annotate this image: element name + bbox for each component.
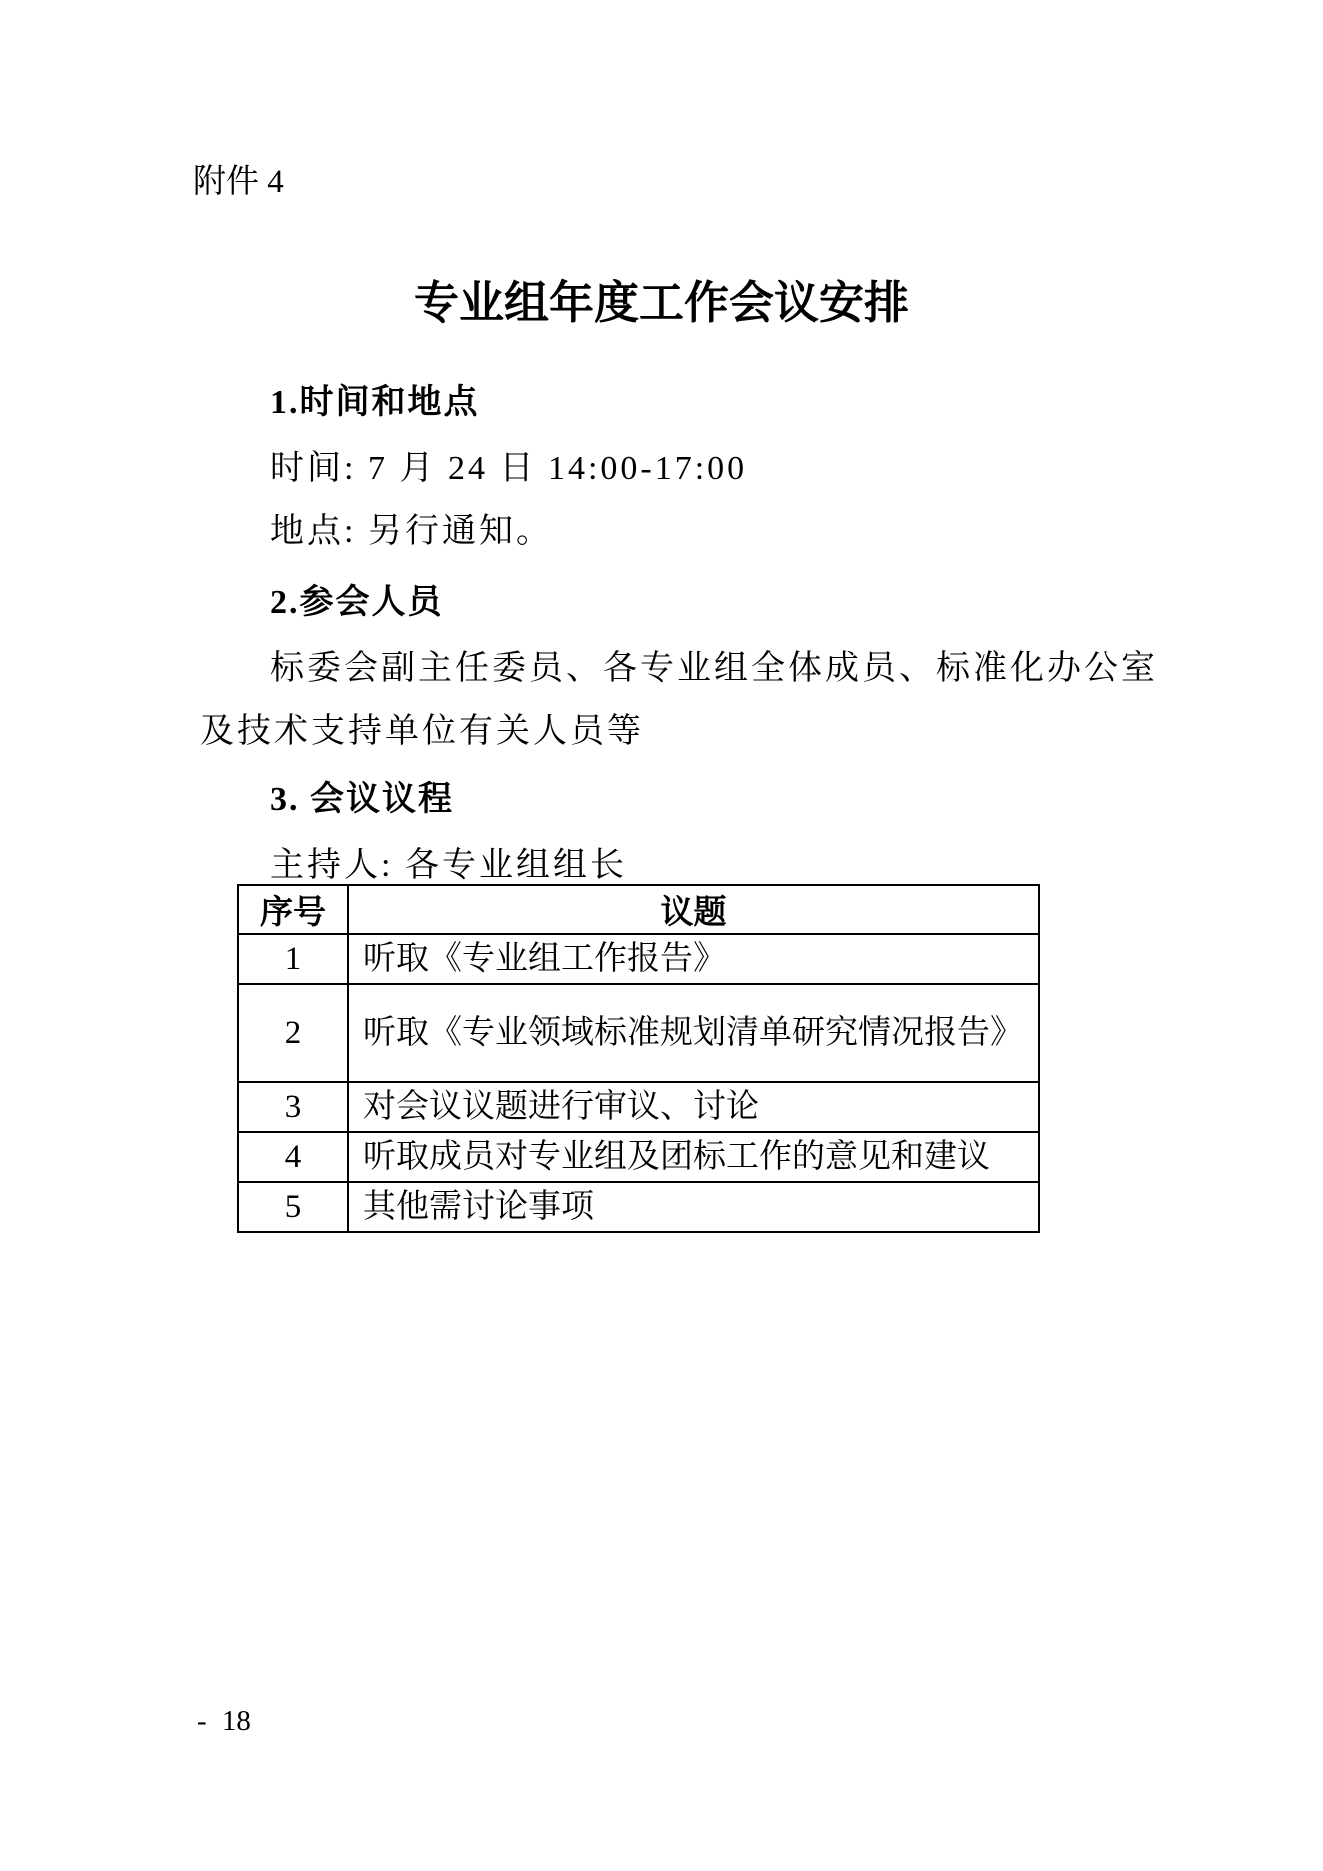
table-row: 3 对会议议题进行审议、讨论 [238,1082,1039,1132]
agenda-row-3-topic: 对会议议题进行审议、讨论 [348,1082,1039,1132]
agenda-row-4-topic: 听取成员对专业组及团标工作的意见和建议 [348,1132,1039,1182]
attachment-label: 附件 4 [193,155,284,202]
agenda-row-3-no: 3 [238,1082,348,1132]
attendees-paragraph-line-1: 标委会副主任委员、各专业组全体成员、标准化办公室 [270,640,1158,689]
agenda-row-1-no: 1 [238,934,348,984]
agenda-row-2-topic: 听取《专业领域标准规划清单研究情况报告》 [348,984,1039,1082]
agenda-table: 序号 议题 1 听取《专业组工作报告》 2 听取《专业领域标准规划清单研究情况报… [237,884,1040,1233]
meeting-location-line: 地点: 另行通知。 [270,503,553,552]
table-row: 2 听取《专业领域标准规划清单研究情况报告》 [238,984,1039,1082]
table-row: 5 其他需讨论事项 [238,1182,1039,1232]
table-row: 1 听取《专业组工作报告》 [238,934,1039,984]
section-1-heading: 1.时间和地点 [270,374,480,423]
section-2-heading: 2.参会人员 [270,574,444,623]
agenda-table-header-row: 序号 议题 [238,885,1039,934]
attendees-paragraph-line-2: 及技术支持单位有关人员等 [200,703,644,752]
agenda-row-2-no: 2 [238,984,348,1082]
document-title: 专业组年度工作会议安排 [0,266,1323,331]
meeting-time-line: 时间: 7 月 24 日 14:00-17:00 [270,440,747,489]
agenda-table-header-no: 序号 [238,885,348,934]
agenda-row-1-topic: 听取《专业组工作报告》 [348,934,1039,984]
meeting-host-line: 主持人: 各专业组组长 [270,837,627,886]
page-number: - 18 [197,1705,251,1738]
agenda-row-5-topic: 其他需讨论事项 [348,1182,1039,1232]
agenda-table-header-topic: 议题 [348,885,1039,934]
agenda-row-4-no: 4 [238,1132,348,1182]
table-row: 4 听取成员对专业组及团标工作的意见和建议 [238,1132,1039,1182]
document-page: 附件 4 专业组年度工作会议安排 1.时间和地点 时间: 7 月 24 日 14… [0,0,1323,1871]
section-3-heading: 3. 会议议程 [270,771,454,820]
agenda-row-5-no: 5 [238,1182,348,1232]
